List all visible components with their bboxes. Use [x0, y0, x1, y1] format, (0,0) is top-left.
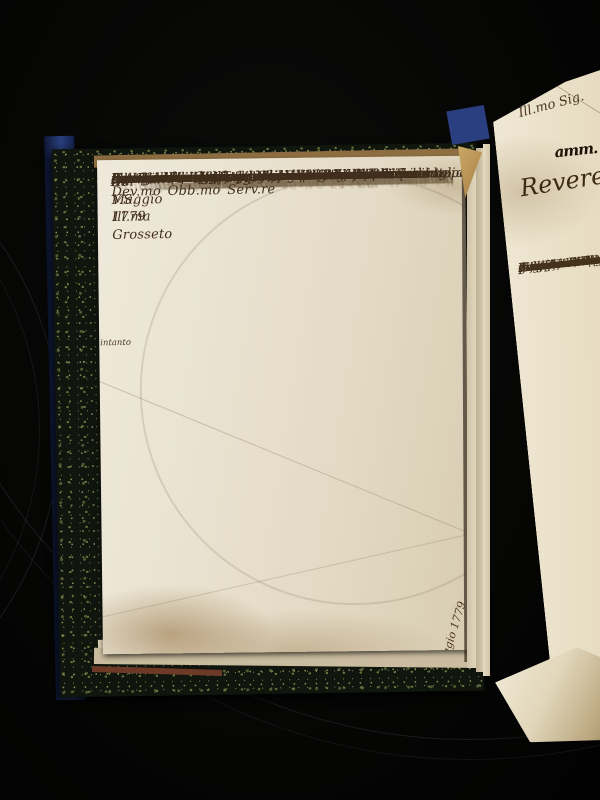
- heading-reverend: Reverend.: [518, 155, 600, 202]
- photo-background: resta una continuata spogliera diventare…: [0, 0, 600, 800]
- signature: Fernando Stefangioli: [111, 168, 293, 189]
- gutter-page-edge: [467, 152, 476, 668]
- gutter-page-edge: [483, 144, 490, 676]
- edge-annotation: 5 Maggio 1779: [431, 600, 468, 654]
- lens-ring-on-page: [137, 173, 471, 608]
- facing-page-text: Il mio fratellopresente sarebbegiorni in…: [518, 237, 600, 260]
- cover-corner-blue: [446, 105, 489, 145]
- margin-note: intanto: [100, 338, 131, 348]
- ink-scribble: amm.: [554, 139, 598, 161]
- letter-page: resta una continuata spogliera diventare…: [97, 156, 471, 654]
- gutter-page-edge: [476, 148, 483, 672]
- manuscript-line: lo scarico: [518, 254, 577, 276]
- letter-text: resta una continuata spogliera diventare…: [111, 165, 455, 171]
